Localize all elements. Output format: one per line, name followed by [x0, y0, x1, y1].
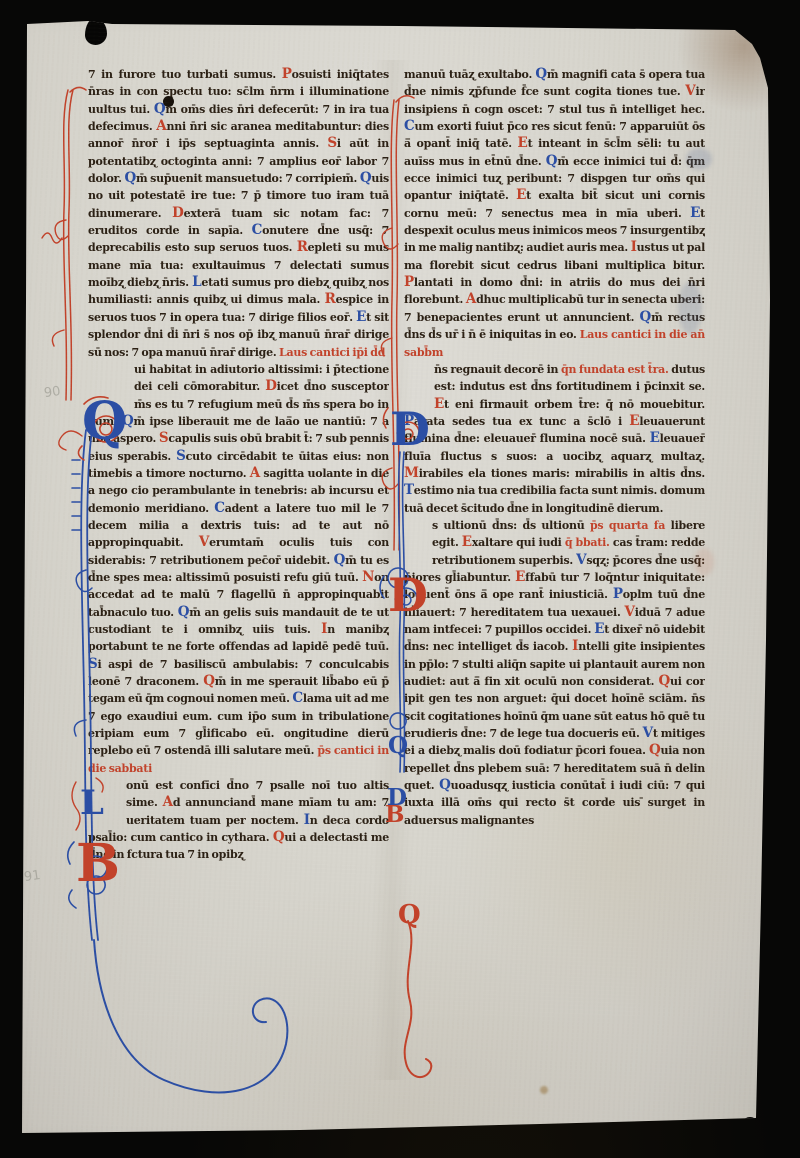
- manuscript-leaf: 7 in furore tuo turbati sumus. Posuisti …: [0, 0, 800, 1158]
- photo-background: 7 in furore tuo turbati sumus. Posuisti …: [0, 0, 800, 1158]
- pencil-folio-number-91: 91: [23, 868, 41, 885]
- initial-dominus-regnavit: D: [390, 406, 430, 452]
- versal-initial: V: [643, 725, 653, 741]
- body-text: xaltare qui iudi: [472, 536, 565, 549]
- bottom-red-tail-flourish-icon: [384, 915, 440, 1110]
- initial-qui-habitat: Q: [82, 396, 127, 448]
- edge-notch: [744, 1117, 756, 1125]
- versal-initial: E: [650, 430, 660, 446]
- rubric-text: q̄n fundata est t̄ra.: [561, 363, 669, 376]
- versal-initial: S: [327, 135, 337, 151]
- versal-initial: V: [625, 604, 635, 620]
- body-text: m̄ sup̄uenit mansuetudo: 7 corripiem̄.: [136, 172, 360, 185]
- versal-initial: Q: [649, 742, 661, 758]
- versal-initial: E: [516, 187, 526, 203]
- versal-initial: Q: [124, 170, 136, 186]
- binding-hole: [85, 18, 107, 45]
- versal-initial: E: [594, 621, 604, 637]
- show-through-mark: [678, 282, 702, 334]
- body-text: s ultionū d̄ns: d̄s ultionū: [432, 519, 590, 532]
- initial-qui-plantavit: Q: [388, 734, 408, 757]
- versal-initial: E: [629, 413, 639, 429]
- versal-initial: Q: [640, 309, 652, 325]
- versal-initial: R: [297, 239, 308, 255]
- initial-quis-consurget: Q: [398, 902, 421, 928]
- initial-longitudine: L: [80, 786, 104, 820]
- stain-speck: [540, 1086, 548, 1094]
- versal-initial: P: [613, 586, 623, 602]
- left-margin-red-flourish-icon: [40, 80, 110, 410]
- versal-initial: Q: [546, 153, 558, 169]
- body-text: t eni firmauit orbem t̄re: q̄ nō mouebit…: [444, 398, 705, 411]
- versal-initial: V: [576, 552, 586, 568]
- body-text: irabiles ela tiones maris: mirabilis in …: [419, 467, 705, 480]
- versal-initial: E: [518, 135, 528, 151]
- body-text: estimo nia tua credibilia facta sunt nim…: [404, 484, 705, 514]
- versal-initial: A: [156, 118, 166, 134]
- versal-initial: R: [325, 291, 336, 307]
- versal-initial: E: [515, 569, 525, 585]
- body-text: 7 in furore tuo turbati sumus.: [88, 68, 282, 81]
- initial-deus-ultionum: D: [388, 572, 428, 618]
- initial-beatus: B: [385, 803, 404, 826]
- versal-initial: Q: [439, 777, 451, 793]
- body-text: n̄s regnauit decorē in: [434, 363, 561, 376]
- initial-bonum: B: [76, 838, 120, 890]
- versal-initial: L: [192, 274, 201, 290]
- versal-initial: Q: [658, 673, 670, 689]
- ink-blot: [163, 96, 174, 107]
- versal-initial: Q: [535, 66, 547, 82]
- body-text: manuū tuāʐ exultabo.: [404, 68, 535, 81]
- rubric-text: q̄ bbati.: [565, 536, 610, 549]
- versal-initial: P: [282, 66, 292, 82]
- versal-initial: D: [172, 205, 183, 221]
- show-through-mark: [686, 148, 712, 170]
- versal-initial: V: [685, 83, 695, 99]
- versal-initial: Q: [360, 170, 372, 186]
- rubric-text: Laus cantici ip̄i d̄d: [279, 346, 385, 359]
- rubric-text: p̄s quarta fa: [590, 519, 665, 532]
- versal-initial: A: [466, 291, 476, 307]
- versal-initial: C: [252, 222, 263, 238]
- show-through-mark: [694, 548, 714, 576]
- left-margin-blue-bar-flourish-icon: [40, 390, 340, 1140]
- versal-initial: E: [462, 534, 472, 550]
- versal-initial: E: [690, 205, 700, 221]
- versal-initial: E: [356, 309, 366, 325]
- text-column-right: manuū tuāʐ exultabo. Qm̄ magnifi cata s…: [404, 66, 705, 934]
